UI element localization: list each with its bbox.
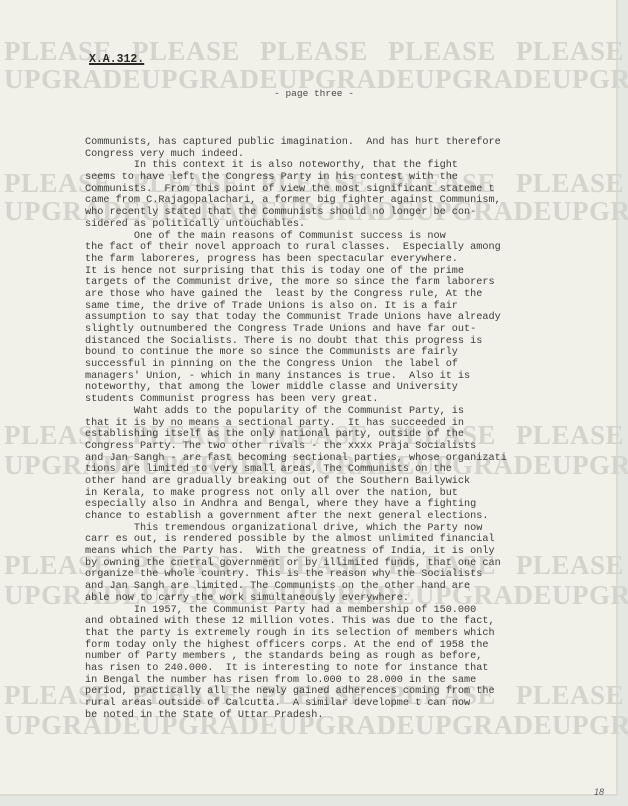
- folio-number: 18: [594, 787, 604, 797]
- text-line: In 1957, the Communist Party had a membe…: [85, 605, 625, 617]
- document-reference: X.A.312.: [89, 53, 144, 66]
- text-line: period, practically all the newly gained…: [85, 686, 625, 698]
- text-line: and obtained with these 12 million votes…: [85, 616, 625, 628]
- text-line: rural areas outside of Calcutta. A simil…: [85, 698, 625, 710]
- text-line: form today only the highest officers cor…: [85, 640, 625, 652]
- text-line: distanced the Socialists. There is no do…: [85, 336, 625, 348]
- text-line: means which the Party has. With the grea…: [85, 546, 625, 558]
- text-line: One of the main reasons of Communist suc…: [85, 231, 625, 243]
- text-line: Communists. From this point of view the …: [85, 184, 625, 196]
- text-line: In this context it is also noteworthy, t…: [85, 160, 625, 172]
- text-line: organize the whole country. This is the …: [85, 569, 625, 581]
- text-line: other hand are gradually breaking out of…: [85, 476, 625, 488]
- text-line: Congress Party. The two other rivals - t…: [85, 441, 625, 453]
- text-line: assumption to say that today the Communi…: [85, 312, 625, 324]
- text-line: Communists, has captured public imaginat…: [85, 137, 625, 149]
- text-line: by owning the cnetral government or by i…: [85, 558, 625, 570]
- text-line: slightly outnumbered the Congress Trade …: [85, 324, 625, 336]
- text-line: successful in pinning on the the Congres…: [85, 359, 625, 371]
- document-body: Communists, has captured public imaginat…: [85, 137, 625, 721]
- scan-edge-bottom: [0, 796, 628, 806]
- text-line: Congress very much indeed.: [85, 149, 625, 161]
- text-line: carr es out, is rendered possible by the…: [85, 534, 625, 546]
- text-line: who recently stated that the Communists …: [85, 207, 625, 219]
- text-line: in Kerala, to make progress not only all…: [85, 488, 625, 500]
- text-line: targets of the Communist drive, the more…: [85, 277, 625, 289]
- text-line: chance to establish a government after t…: [85, 511, 625, 523]
- text-line: has risen to 240.000. It is interesting …: [85, 663, 625, 675]
- text-line: Waht adds to the popularity of the Commu…: [85, 406, 625, 418]
- text-line: that it is by no means a sectional party…: [85, 418, 625, 430]
- text-line: and Jan Sangh are limited. The Communist…: [85, 581, 625, 593]
- text-line: establishing itself as the only national…: [85, 429, 625, 441]
- text-line: came from C.Rajagopalachari, a former bi…: [85, 195, 625, 207]
- text-line: same time, the drive of Trade Unions is …: [85, 301, 625, 313]
- text-line: bound to continue the more so since the …: [85, 347, 625, 359]
- text-line: students Communist progress has been ver…: [85, 394, 625, 406]
- text-line: be noted in the State of Uttar Pradesh.: [85, 710, 625, 722]
- text-line: able now to carry the work simultaneousl…: [85, 593, 625, 605]
- text-line: number of Party members , the standards …: [85, 651, 625, 663]
- text-line: and Jan Sangh - are fast becoming sectio…: [85, 453, 625, 465]
- text-line: noteworthy, that among the lower middle …: [85, 382, 625, 394]
- text-line: are those who have gained the least by t…: [85, 289, 625, 301]
- text-line: tions are limited to very small areas, T…: [85, 464, 625, 476]
- text-line: This tremendous organizational drive, wh…: [85, 523, 625, 535]
- text-line: that the party is extremely rough in its…: [85, 628, 625, 640]
- text-line: seems to have left the Congress Party in…: [85, 172, 625, 184]
- text-line: sidered as politically untouchables.: [85, 219, 625, 231]
- text-line: especially also in Andhra and Bengal, wh…: [85, 499, 625, 511]
- text-line: the farm laboreres, progress has been sp…: [85, 254, 625, 266]
- page-label: - page three -: [0, 88, 628, 99]
- text-line: managers' Union, - which in many instanc…: [85, 371, 625, 383]
- text-line: It is hence not surprising that this is …: [85, 266, 625, 278]
- text-line: in Bengal the number has risen from lo.0…: [85, 675, 625, 687]
- text-line: the fact of their novel approach to rura…: [85, 242, 625, 254]
